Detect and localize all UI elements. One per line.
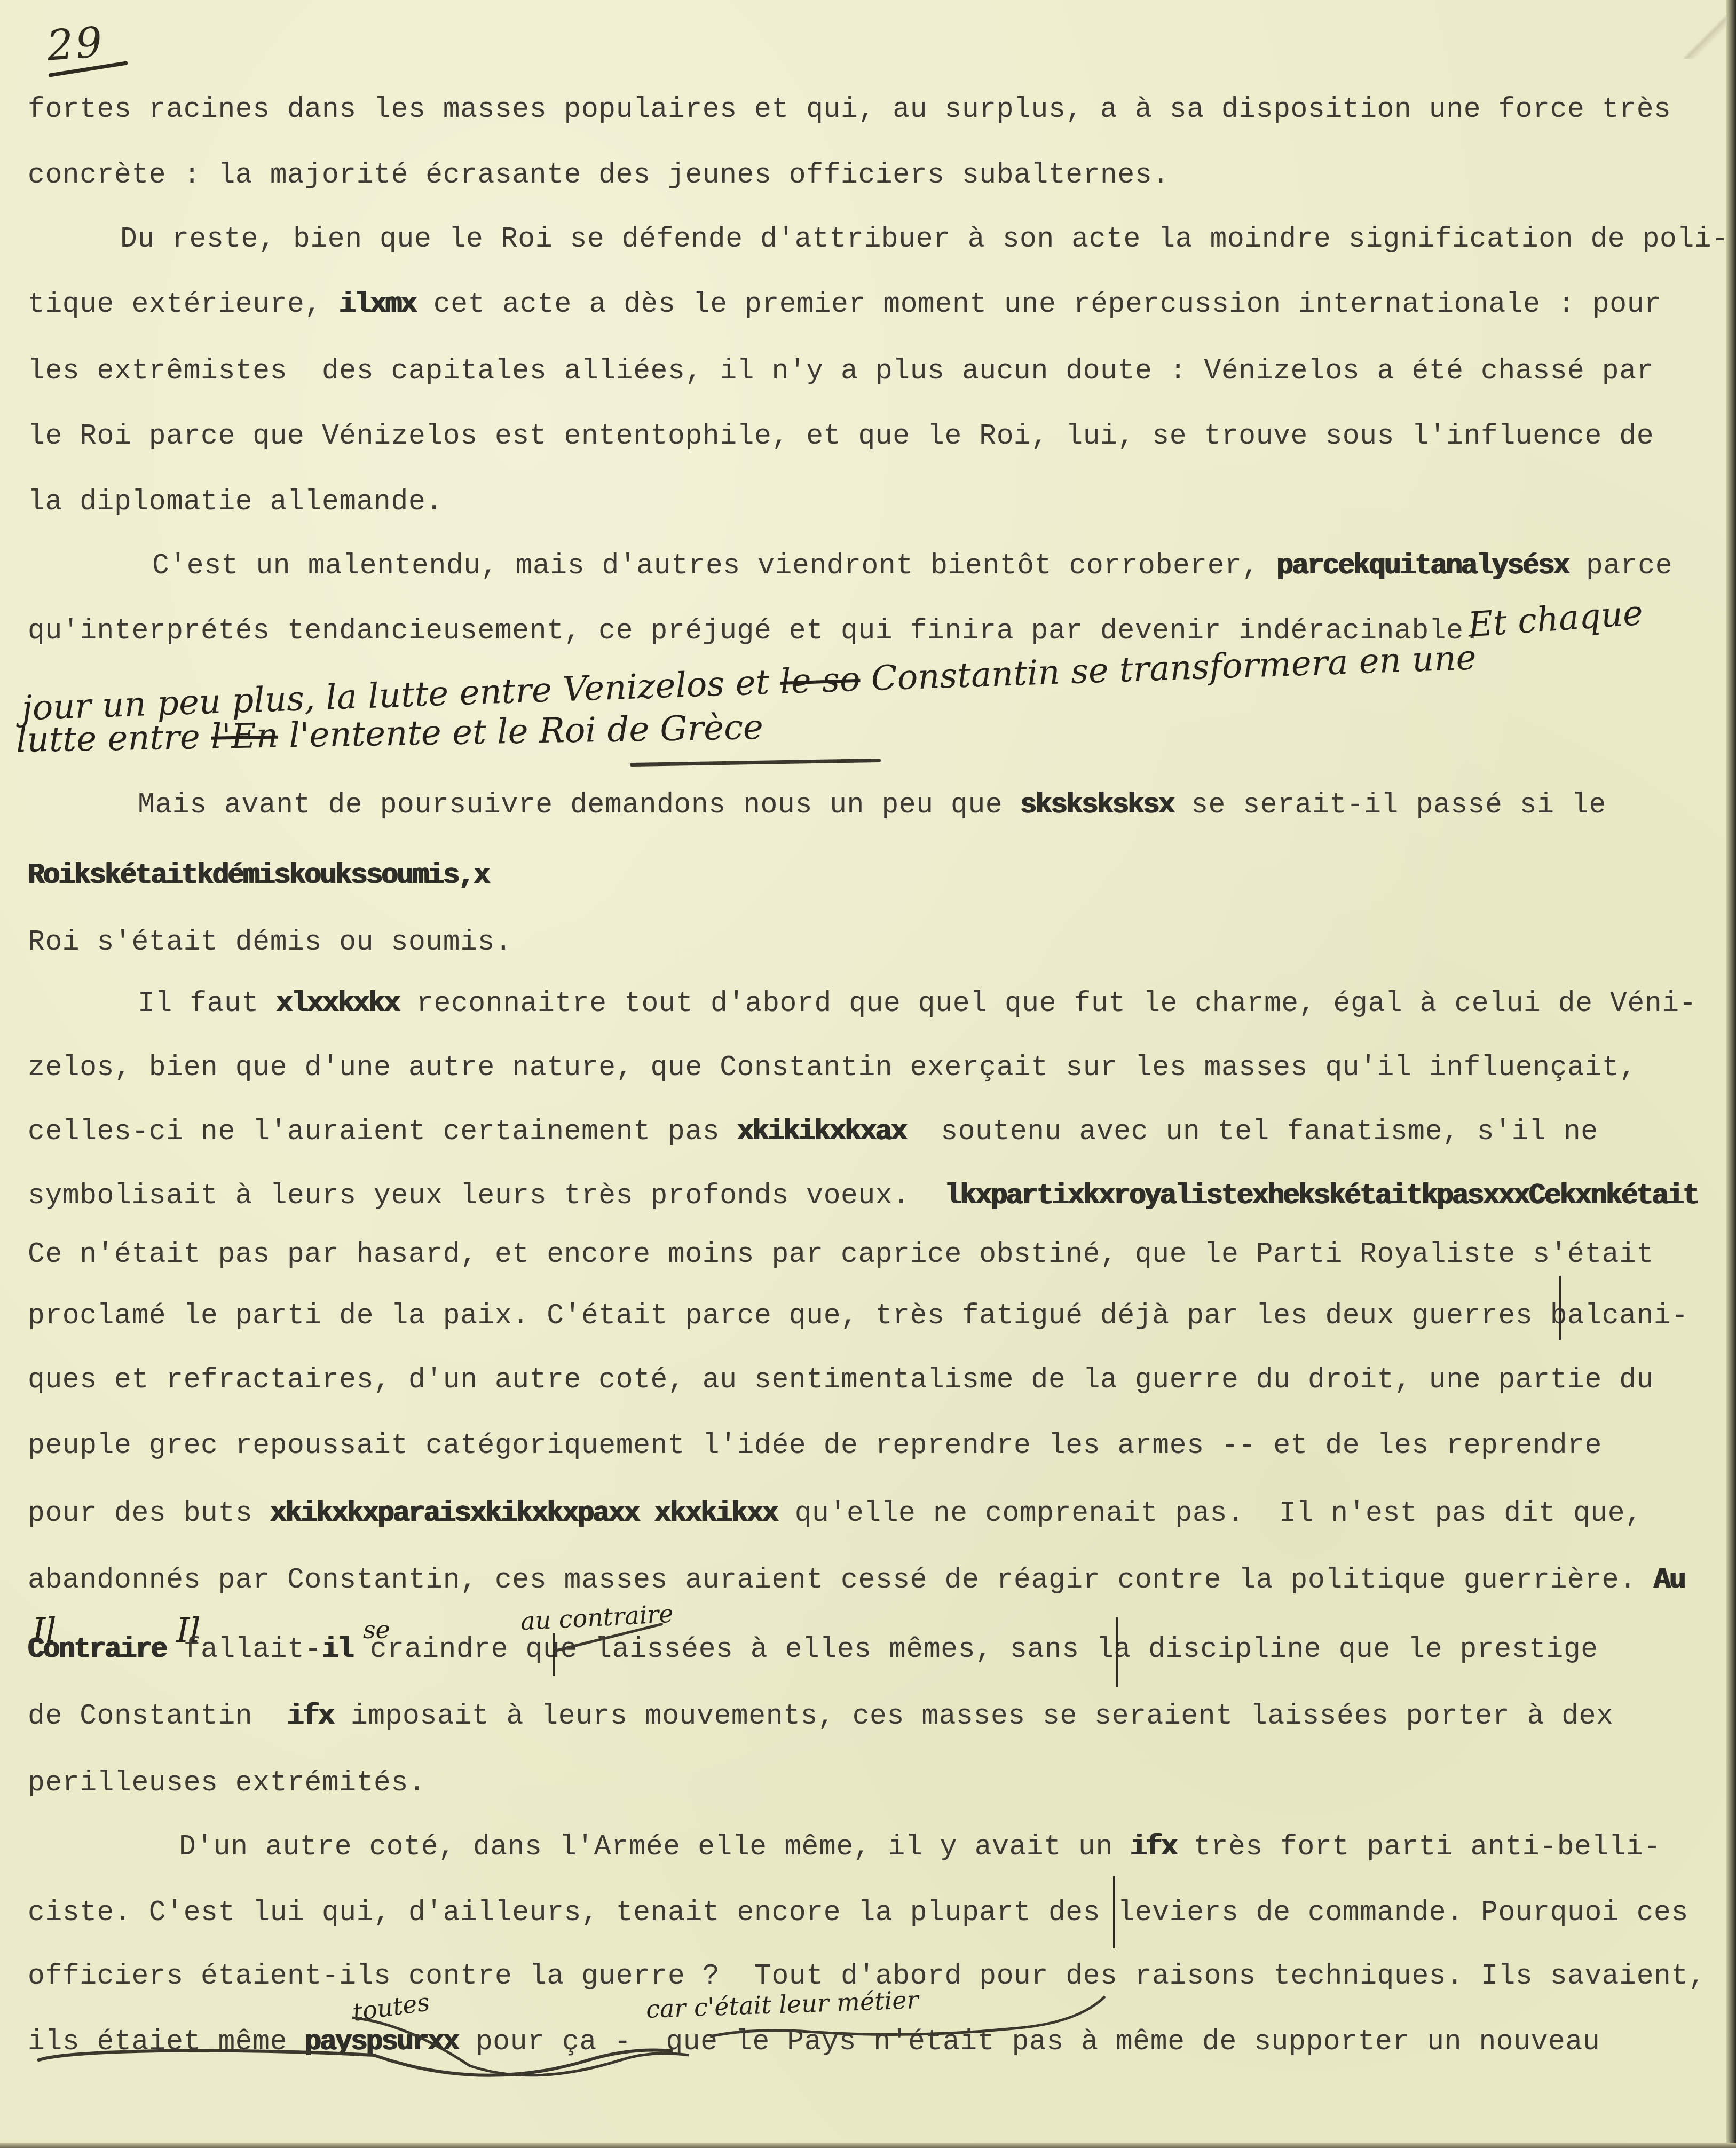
text-segment: craindre que laissées à elles mêmes, san… xyxy=(353,1633,1598,1665)
typed-line: proclamé le parti de la paix. C'était pa… xyxy=(28,1300,1688,1332)
page-edge xyxy=(1726,0,1736,2148)
struck-text: ilxmx xyxy=(339,288,416,320)
page-number: 29 xyxy=(45,18,106,70)
typed-line: les extrêmistes des capitales alliées, i… xyxy=(28,355,1654,387)
struck-text: xkikxkxparaisxkikxkxpaxx xkxkikxx xyxy=(270,1497,778,1529)
typed-line: Du reste, bien que le Roi se défende d'a… xyxy=(120,223,1729,255)
typed-line: symbolisait à leurs yeux leurs très prof… xyxy=(28,1180,1698,1212)
typed-line: concrète : la majorité écrasante des jeu… xyxy=(28,159,1170,191)
typed-line: Il faut xlxxkxkx reconnaitre tout d'abor… xyxy=(138,988,1696,1020)
typed-line: la diplomatie allemande. xyxy=(28,486,443,518)
typed-line: Mais avant de poursuivre demandons nous … xyxy=(138,789,1606,821)
struck-text: Au xyxy=(1654,1564,1685,1596)
text-segment: pour des buts xyxy=(28,1497,270,1529)
struck-text: il xyxy=(322,1633,353,1665)
text-segment: cet acte a dès le premier moment une rép… xyxy=(416,288,1661,320)
typed-line: abandonnés par Constantin, ces masses au… xyxy=(28,1564,1685,1596)
text-segment: celles-ci ne l'auraient certainement pas xyxy=(28,1116,737,1148)
insertion-mark xyxy=(1116,1617,1118,1687)
text-segment: fallait- xyxy=(166,1633,322,1665)
text-segment: qu'elle ne comprenait pas. Il n'est pas … xyxy=(777,1497,1642,1529)
typed-line: tique extérieure, ilxmx cet acte a dès l… xyxy=(28,288,1662,320)
typed-line: Roi s'était démis ou soumis. xyxy=(28,926,512,958)
typed-line: D'un autre coté, dans l'Armée elle même,… xyxy=(179,1831,1661,1863)
struck-text: lkxpartixkxroyalistexhekskétaitkpasxxxCe… xyxy=(944,1180,1698,1212)
struck-text: Contraire xyxy=(28,1633,166,1665)
corner-fold xyxy=(1684,0,1726,59)
typed-line: ciste. C'est lui qui, d'ailleurs, tenait… xyxy=(28,1897,1688,1929)
hand-segment: Constantin se transformera en une xyxy=(870,638,1477,699)
text-segment: se serait-il passé si le xyxy=(1174,789,1606,821)
text-segment: imposait à leurs mouvements, ces masses … xyxy=(334,1700,1614,1732)
typed-line: Contraire fallait-il craindre que laissé… xyxy=(28,1633,1598,1665)
typed-line: zelos, bien que d'une autre nature, que … xyxy=(28,1052,1637,1084)
struck-text: ifx xyxy=(1130,1831,1176,1863)
text-segment: très fort parti anti-belli- xyxy=(1177,1831,1661,1863)
typed-line: qu'interprétés tendancieusement, ce préj… xyxy=(28,615,1481,647)
typed-line: celles-ci ne l'auraient certainement pas… xyxy=(28,1116,1598,1148)
text-segment: D'un autre coté, dans l'Armée elle même,… xyxy=(179,1831,1130,1863)
strikethrough-curve xyxy=(0,2007,1121,2103)
hand-segment: l'entente et le Roi de Grèce xyxy=(289,708,764,755)
text-segment: symbolisait à leurs yeux leurs très prof… xyxy=(28,1180,944,1212)
struck-text: Roikskétaitkdémiskoukssoumis,x xyxy=(28,859,489,891)
text-segment: reconnaitre tout d'abord que quel que fu… xyxy=(399,988,1696,1020)
typed-line: le Roi parce que Vénizelos est ententoph… xyxy=(28,420,1654,452)
text-segment: soutenu avec un tel fanatisme, s'il ne xyxy=(906,1116,1598,1148)
text-segment: de Constantin xyxy=(28,1700,287,1732)
typed-line: peuple grec repoussait catégoriquement l… xyxy=(28,1430,1602,1462)
text-segment: Il faut xyxy=(138,988,276,1020)
document-page: 29 fortes racines dans les masses popula… xyxy=(0,0,1736,2148)
typed-line: perilleuses extrémités. xyxy=(28,1767,425,1799)
typed-line: fortes racines dans les masses populaire… xyxy=(28,93,1671,125)
hand-struck: le so xyxy=(779,660,861,702)
insertion-mark xyxy=(553,1633,555,1676)
insertion-mark xyxy=(1559,1276,1561,1340)
hand-segment: lutte entre xyxy=(15,717,200,760)
typed-line: C'est un malentendu, mais d'autres viend… xyxy=(152,550,1672,582)
typed-line: Ce n'était pas par hasard, et encore moi… xyxy=(28,1238,1654,1270)
typed-line: Roikskétaitkdémiskoukssoumis,x xyxy=(28,859,489,891)
typed-line: ques et refractaires, d'un autre coté, a… xyxy=(28,1364,1654,1396)
text-segment: abandonnés par Constantin, ces masses au… xyxy=(28,1564,1654,1596)
page-bottom-edge xyxy=(0,2143,1736,2148)
text-segment: Mais avant de poursuivre demandons nous … xyxy=(138,789,1020,821)
struck-text: xkikikxkxax xyxy=(737,1116,906,1148)
struck-text: ifx xyxy=(287,1700,333,1732)
text-segment: C'est un malentendu, mais d'autres viend… xyxy=(152,550,1276,582)
struck-text: sksksksksx xyxy=(1020,789,1174,821)
text-segment: parce xyxy=(1569,550,1672,582)
typed-line: pour des buts xkikxkxparaisxkikxkxpaxx x… xyxy=(28,1497,1643,1529)
typed-line: de Constantin ifx imposait à leurs mouve… xyxy=(28,1700,1613,1732)
section-divider xyxy=(630,759,881,767)
struck-text: parcekquitanalysésx xyxy=(1276,550,1568,582)
text-segment: tique extérieure, xyxy=(28,288,339,320)
handwritten-insertion: Et chaque xyxy=(1467,595,1644,644)
struck-text: xlxxkxkx xyxy=(276,988,399,1020)
insertion-mark xyxy=(1113,1876,1115,1948)
hand-struck: l'En xyxy=(210,716,278,757)
